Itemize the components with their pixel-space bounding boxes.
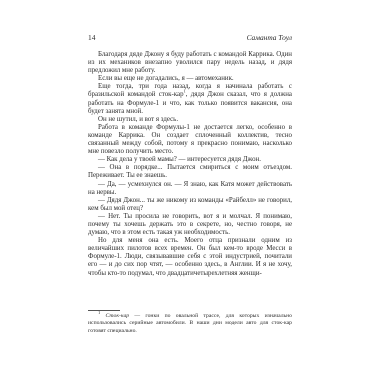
- footnote-number: 1: [98, 310, 100, 315]
- dialogue-line: — Она в порядке... Пытается смириться с …: [88, 164, 292, 180]
- running-head: 14 Саманта Тоул: [88, 33, 292, 43]
- dialogue-line: — Нет. Ты просила не говорить, вот я и м…: [88, 213, 292, 237]
- paragraph: Он не шутил, и вот я здесь.: [88, 116, 292, 124]
- paragraph: Еще тогда, три года назад, когда я начин…: [88, 83, 292, 115]
- dialogue-line: — Да, — усмехнулся он. — Я знаю, как Кат…: [88, 181, 292, 197]
- footnote-divider: [88, 310, 120, 311]
- paragraph: Работа в команде Формулы-1 не достается …: [88, 124, 292, 156]
- body-text: Благодаря дяде Джону я буду работать с к…: [88, 51, 292, 278]
- paragraph: Но для меня она есть. Моего отца признал…: [88, 237, 292, 277]
- footnote-term: Сток-кар: [106, 313, 130, 319]
- paragraph: Благодаря дяде Джону я буду работать с к…: [88, 51, 292, 75]
- dialogue-line: — Дядя Джон... ты же никому из команды «…: [88, 197, 292, 213]
- book-page: 14 Саманта Тоул Благодаря дяде Джону я б…: [0, 0, 380, 380]
- paragraph: Если вы еще не догадались, я — автомехан…: [88, 75, 292, 83]
- footnote: 1 Сток-кар — гонки по овальной трассе, д…: [88, 313, 292, 335]
- footnote-text: 1 Сток-кар — гонки по овальной трассе, д…: [88, 313, 292, 335]
- author-name: Саманта Тоул: [247, 33, 292, 43]
- page-number: 14: [88, 33, 95, 43]
- dialogue-line: — Как дела у твоей мамы? — интересуется …: [88, 156, 292, 164]
